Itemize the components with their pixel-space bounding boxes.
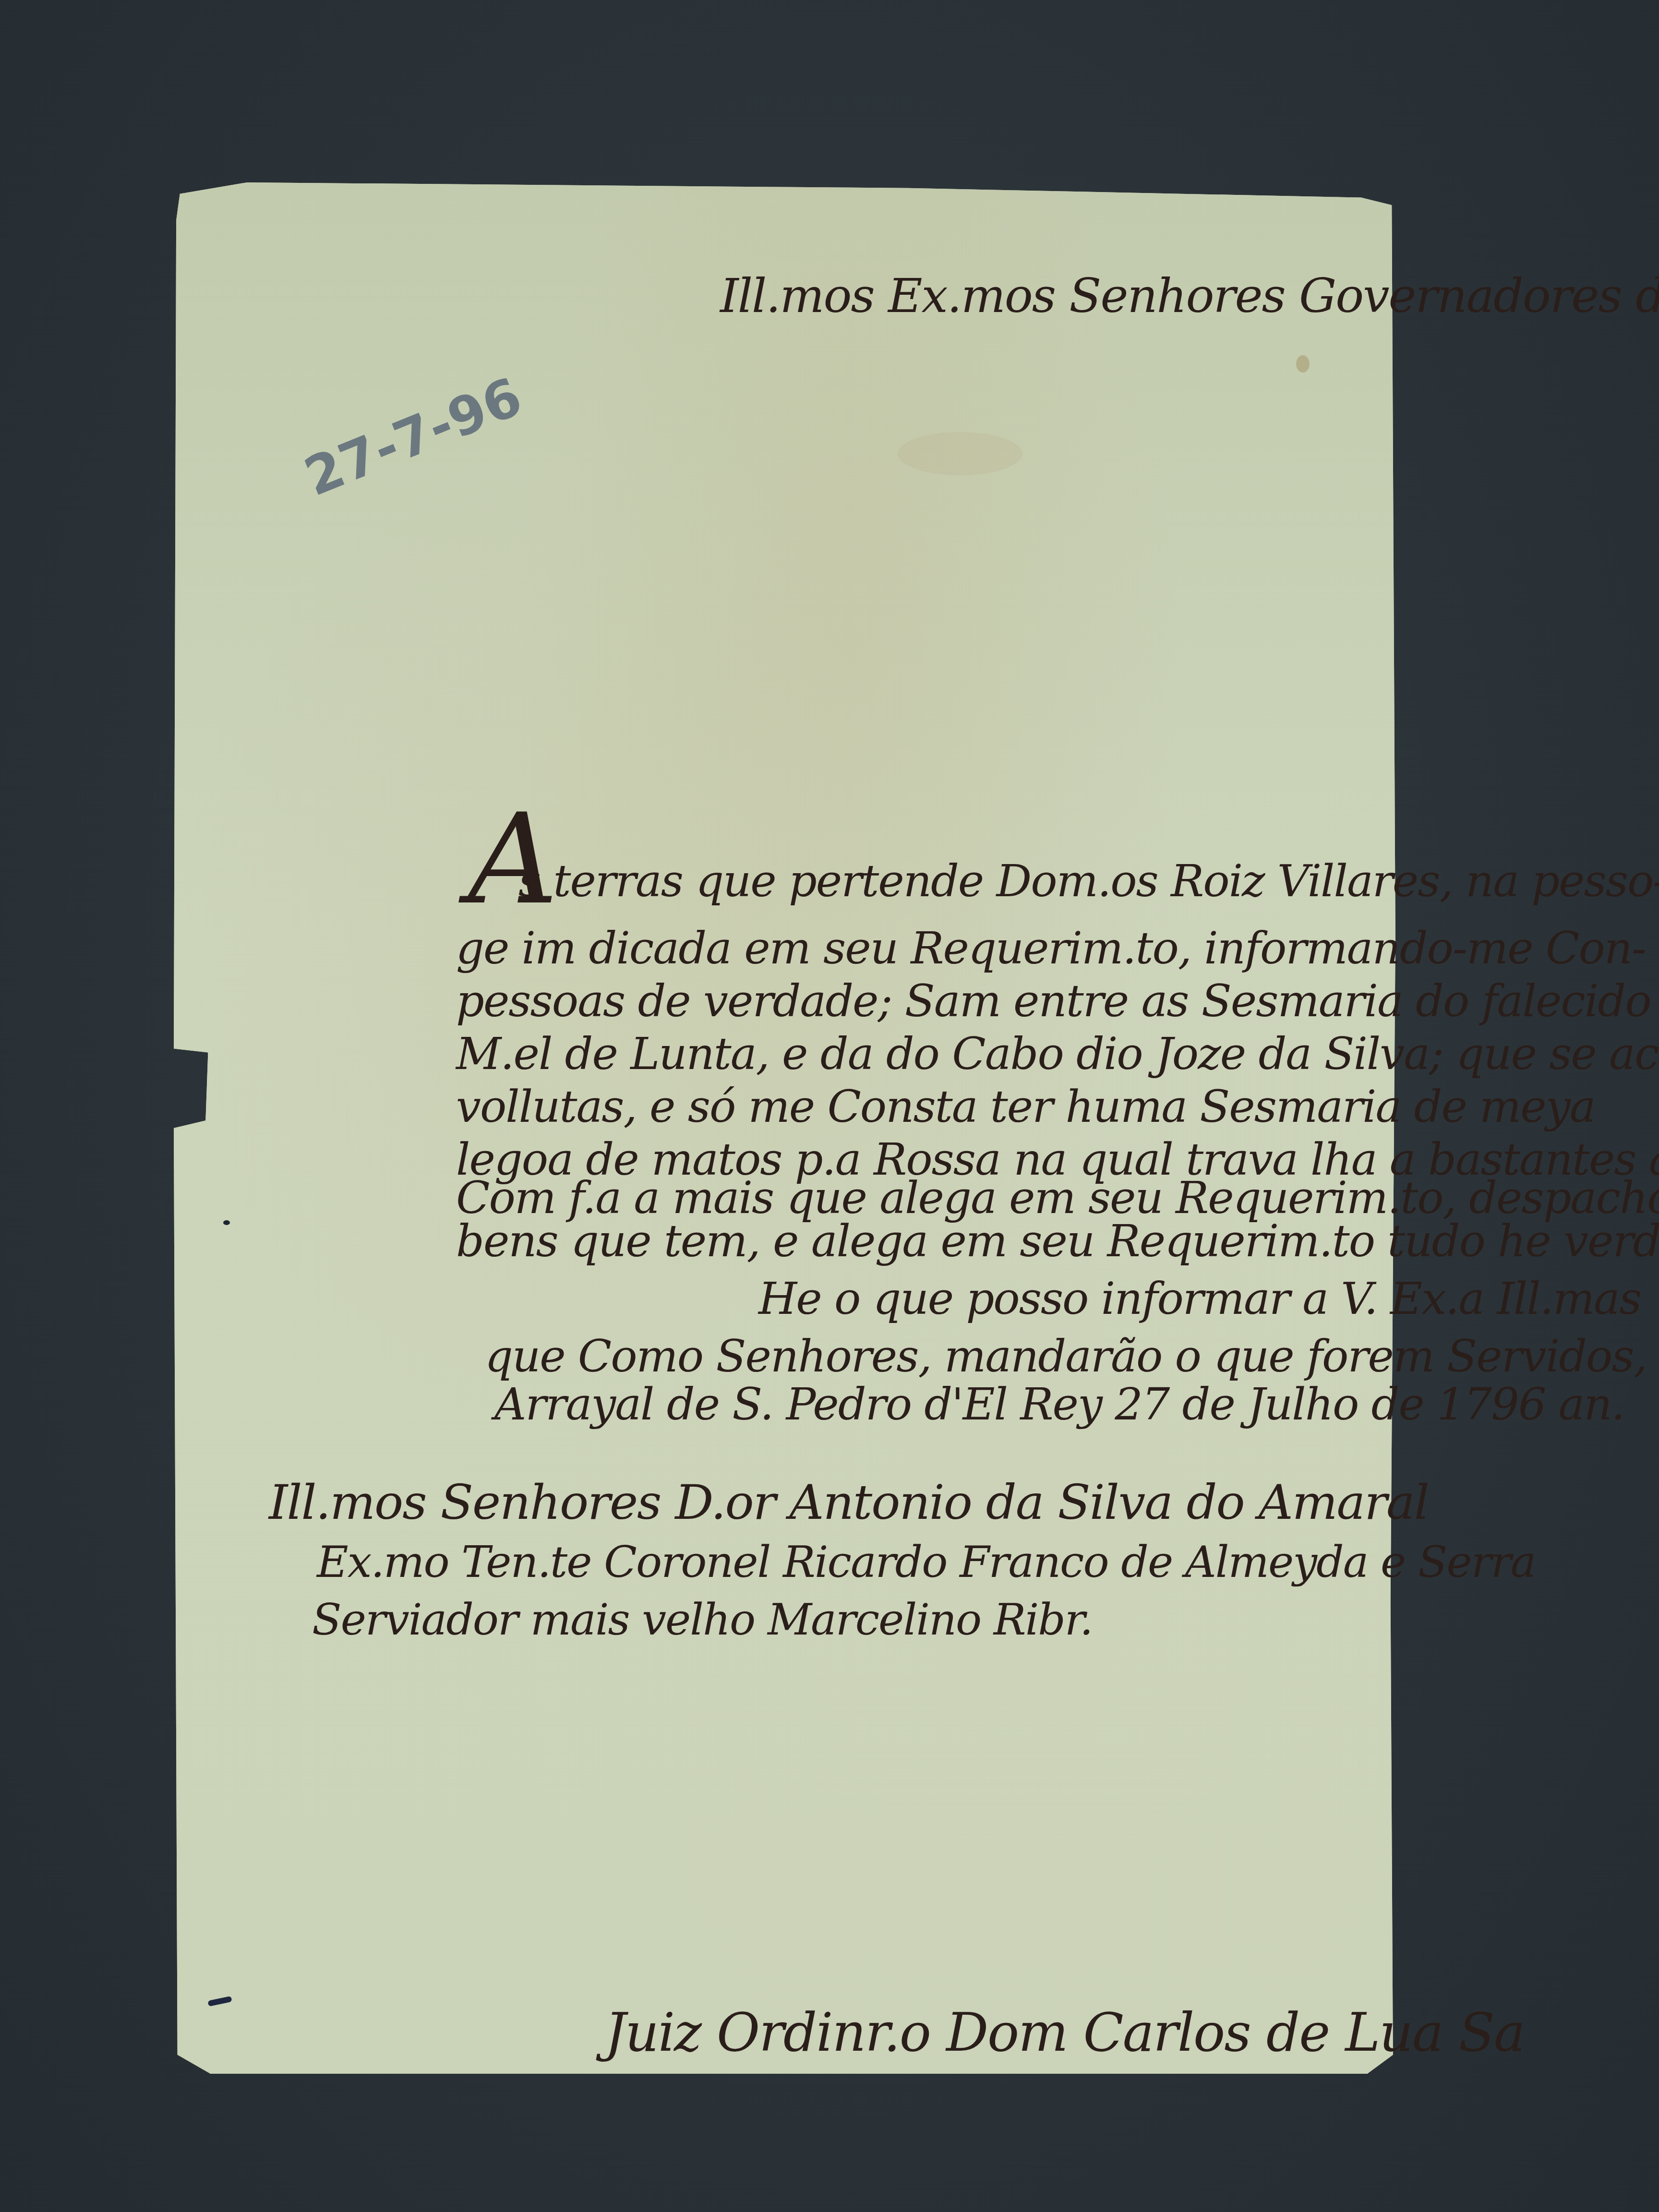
addressee-line: Ex.mo Ten.te Coronel Ricardo Franco de A… [317, 1541, 1535, 1584]
date-line: Arrayal de S. Pedro d'El Rey 27 de Julho… [494, 1382, 1624, 1427]
body-line: bens que tem, e alega em seu Requerim.to… [456, 1219, 1659, 1263]
ink-stain [1296, 355, 1310, 373]
closing-line: He o que posso informar a V. Ex.a Ill.ma… [758, 1277, 1641, 1321]
foxing-stain [898, 432, 1022, 475]
addressee-line: Ill.mos Senhores D.or Antonio da Silva d… [269, 1479, 1429, 1527]
signature: Juiz Ordinr.o Dom Carlos de Lua Sa [605, 2002, 1525, 2063]
body-line: ge im dicada em seu Requerim.to, informa… [456, 926, 1646, 971]
body-line: M.el de Lunta, e da do Cabo dio Joze da … [456, 1032, 1659, 1076]
body-line: pessoas de verdade; Sam entre as Sesmari… [456, 979, 1651, 1023]
body-line: vollutas, e só me Consta ter huma Sesmar… [456, 1085, 1595, 1129]
salutation: Ill.mos Ex.mos Senhores Governadores da … [720, 269, 1659, 324]
addressee-line: Serviador mais velho Marcelino Ribr. [312, 1599, 1093, 1642]
body-line: Com f.a a mais que alega em seu Requerim… [456, 1176, 1659, 1220]
closing-line: que Como Senhores, mandarão o que forem … [485, 1334, 1647, 1379]
body-line: s terras que pertende Dom.os Roiz Villar… [518, 859, 1659, 903]
paper-hole [223, 1220, 230, 1225]
